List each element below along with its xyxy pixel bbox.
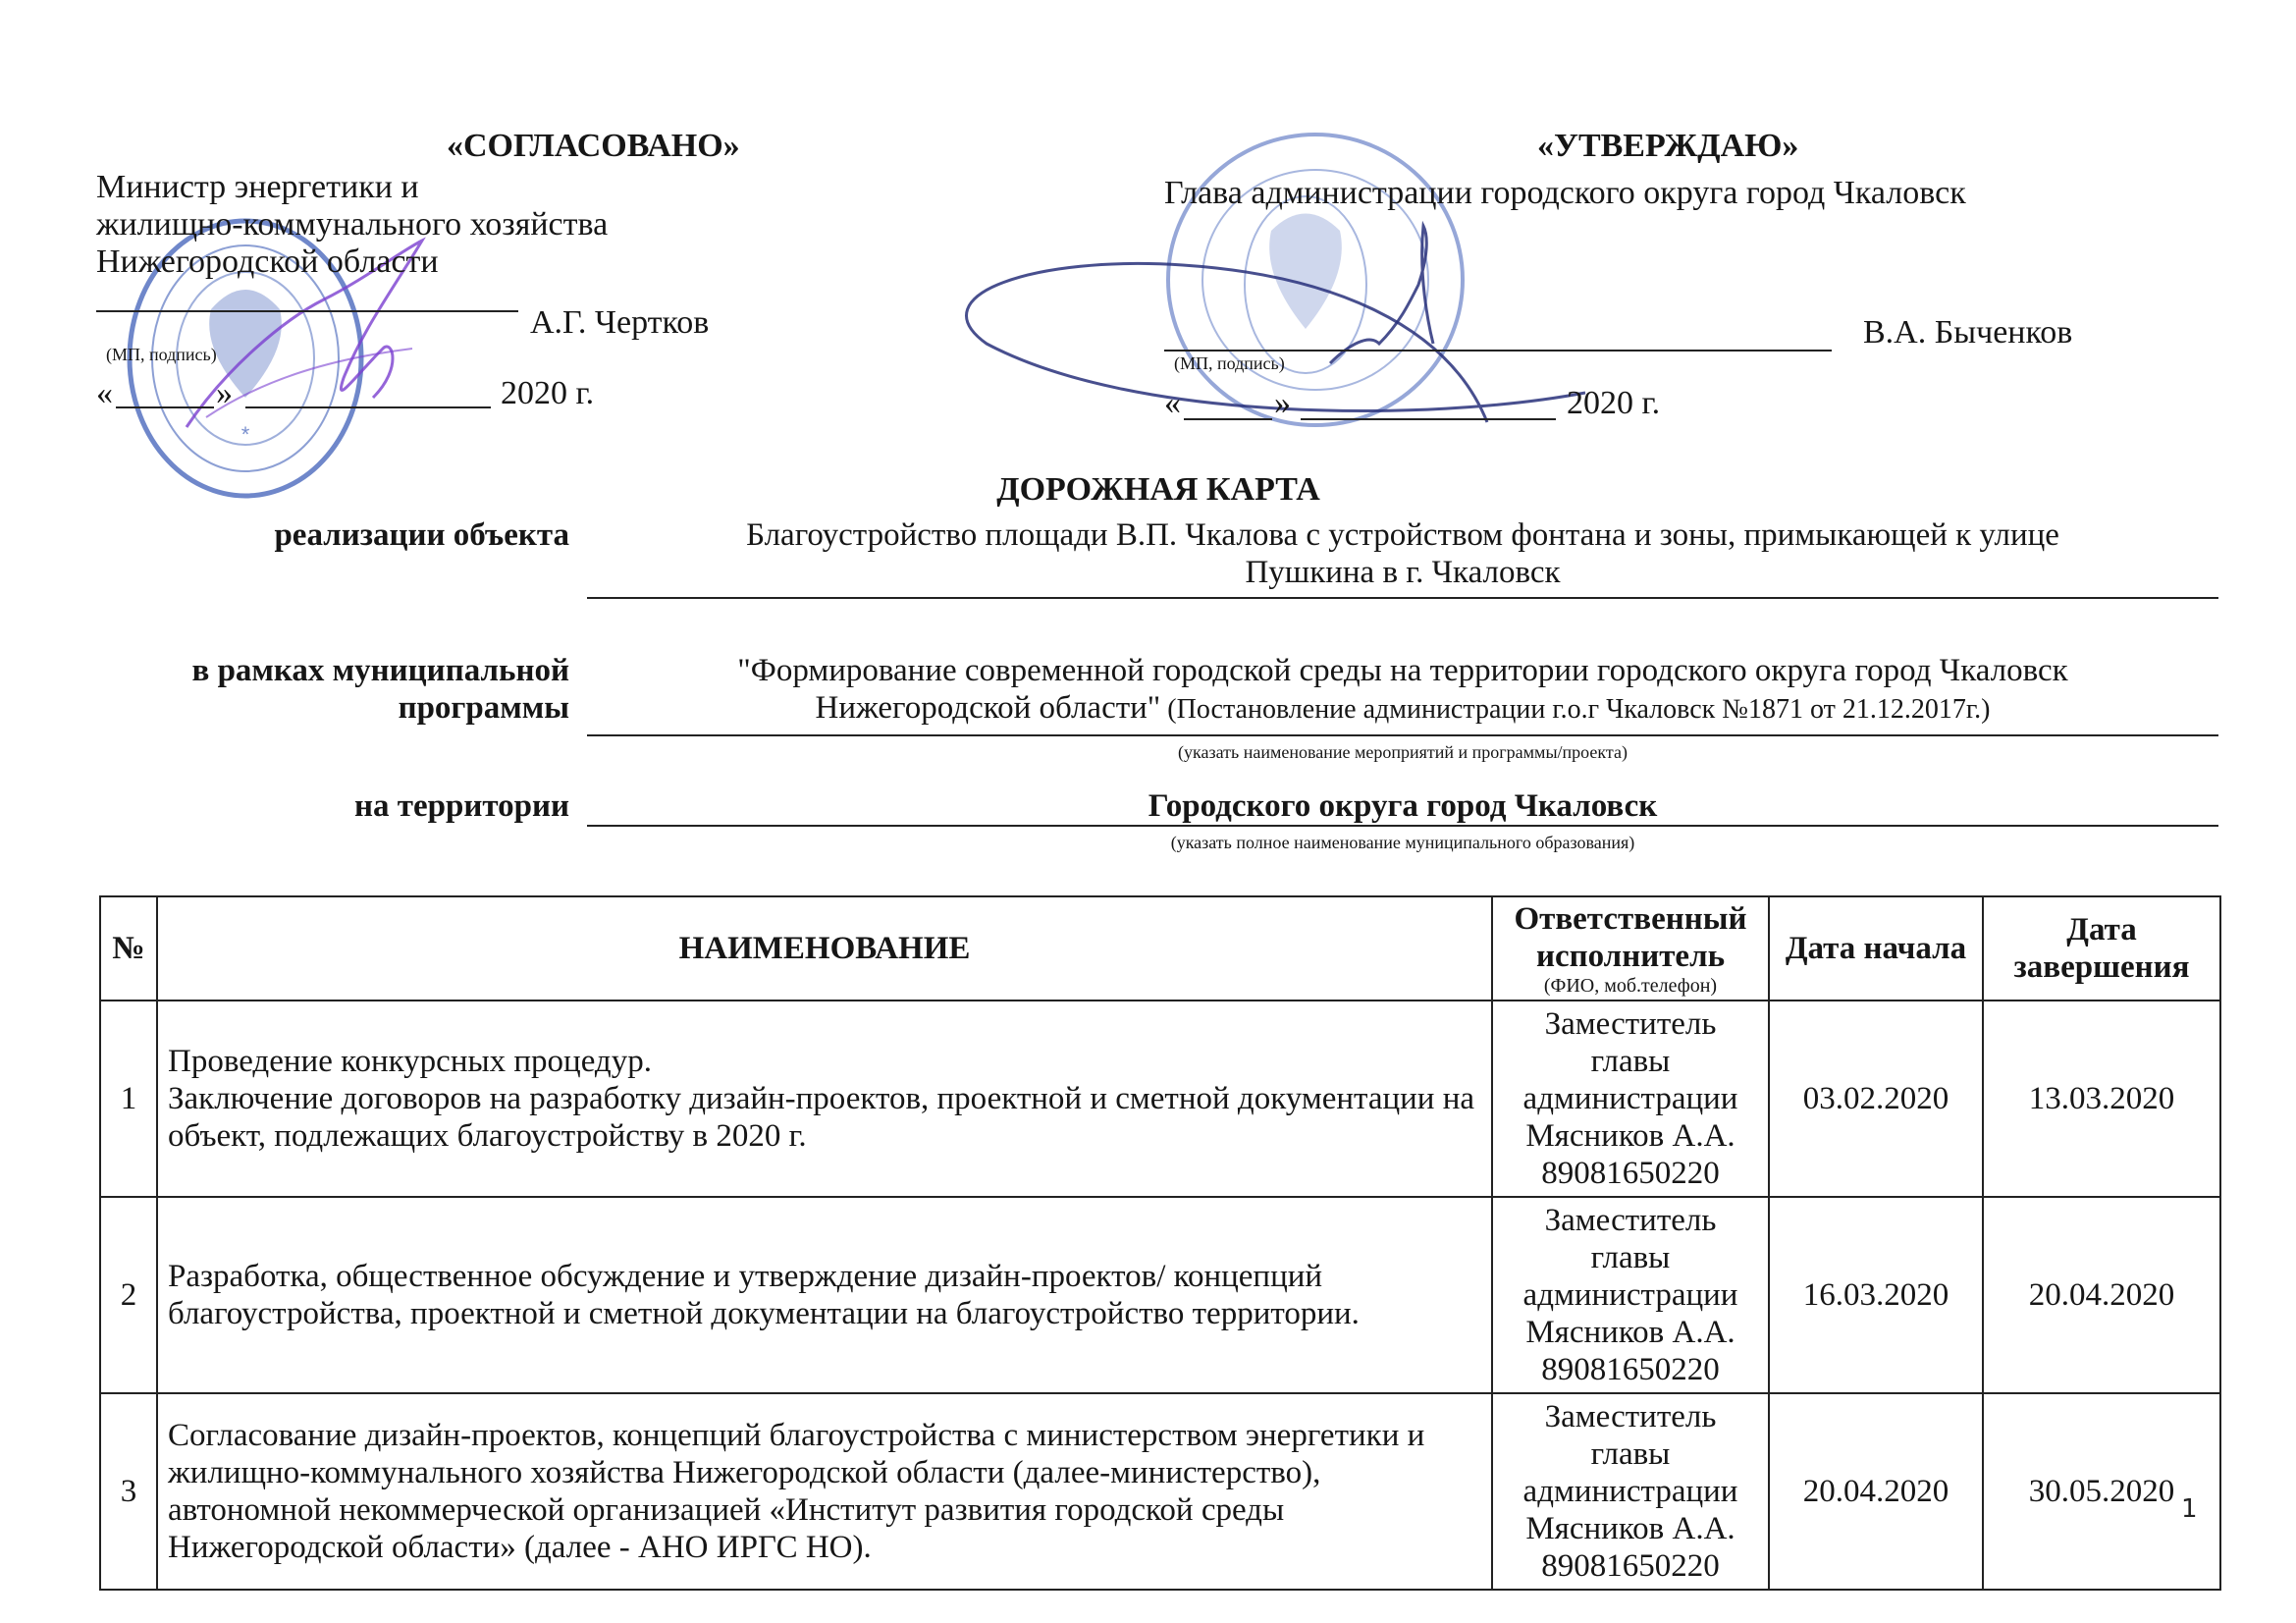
approval-left-title-line: жилищно-коммунального хозяйства (96, 206, 608, 243)
program-underline (587, 734, 2218, 736)
approval-left-title-line: Министр энергетики и (96, 169, 608, 206)
approval-left-day-line (116, 406, 214, 408)
right-seal-icon (1153, 123, 1477, 437)
row-end-date: 13.03.2020 (1983, 1001, 2220, 1197)
header-responsible-sub: (ФИО, моб.телефон) (1499, 975, 1762, 997)
row-responsible: Заместитель главы администрации Мясников… (1492, 1197, 1769, 1393)
row-name: Проведение конкурсных процедур. Заключен… (157, 1001, 1492, 1197)
table-row: 2 Разработка, общественное обсуждение и … (100, 1197, 2220, 1393)
approval-right-day-line (1184, 418, 1272, 420)
row-responsible-line: Мясников А.А. (1503, 1314, 1758, 1351)
object-value-line: Благоустройство площади В.П. Чкалова с у… (587, 516, 2218, 554)
svg-text:*: * (241, 422, 250, 447)
table-row: 1 Проведение конкурсных процедур. Заключ… (100, 1001, 2220, 1197)
row-responsible-line: администрации (1503, 1473, 1758, 1510)
territory-hint: (указать полное наименование муниципальн… (587, 833, 2218, 853)
row-responsible-line: 89081650220 (1503, 1155, 1758, 1192)
row-responsible: Заместитель главы администрации Мясников… (1492, 1001, 1769, 1197)
row-num: 1 (100, 1001, 157, 1197)
header-num: № (100, 896, 157, 1001)
row-start-date: 20.04.2020 (1769, 1393, 1983, 1590)
approval-left-title-line: Нижегородской области (96, 243, 608, 281)
approval-left-signature-line (96, 310, 518, 312)
approval-right-month-line (1301, 418, 1556, 420)
approval-left-seal-caption: (МП, подпись) (106, 345, 217, 365)
header-end-date: Дата завершения (1983, 896, 2220, 1001)
row-name-line: Разработка, общественное обсуждение и ут… (168, 1258, 1481, 1332)
approval-right-date-open: « (1164, 385, 1181, 422)
program-value: "Формирование современной городской сред… (587, 652, 2218, 729)
row-responsible-line: Мясников А.А. (1503, 1510, 1758, 1547)
table-row: 3 Согласование дизайн-проектов, концепци… (100, 1393, 2220, 1590)
row-end-date: 30.05.2020 (1983, 1393, 2220, 1590)
row-name-line: Согласование дизайн-проектов, концепций … (168, 1417, 1481, 1566)
row-start-date: 16.03.2020 (1769, 1197, 1983, 1393)
row-responsible-line: администрации (1503, 1276, 1758, 1314)
approval-left-date-open: « (96, 375, 113, 412)
approval-right-seal-caption: (МП, подпись) (1174, 353, 1285, 374)
program-hint: (указать наименование мероприятий и прог… (587, 742, 2218, 763)
approval-left-heading: «СОГЛАСОВАНО» (447, 128, 740, 165)
approval-left-month-line (245, 406, 491, 408)
approval-right-signature-line (1164, 350, 1832, 352)
object-value: Благоустройство площади В.П. Чкалова с у… (587, 516, 2218, 591)
header-responsible: Ответственный исполнитель (ФИО, моб.теле… (1492, 896, 1769, 1001)
program-label-line: программы (98, 689, 569, 727)
object-value-line: Пушкина в г. Чкаловск (587, 554, 2218, 591)
program-value-line: "Формирование современной городской сред… (587, 652, 2218, 689)
territory-underline (587, 825, 2218, 827)
program-value-line: Нижегородской области" (Постановление ад… (587, 689, 2218, 729)
row-responsible-line: Заместитель главы (1503, 1005, 1758, 1080)
approval-right-date-close: » (1274, 385, 1291, 422)
row-start-date: 03.02.2020 (1769, 1001, 1983, 1197)
program-value-note: (Постановление администрации г.о.г Чкало… (1160, 694, 1990, 725)
table-header-row: № НАИМЕНОВАНИЕ Ответственный исполнитель… (100, 896, 2220, 1001)
page-number: 1 (2181, 1494, 2198, 1524)
territory-label: на территории (98, 787, 569, 825)
row-num: 3 (100, 1393, 157, 1590)
row-responsible-line: 89081650220 (1503, 1351, 1758, 1388)
row-responsible: Заместитель главы администрации Мясников… (1492, 1393, 1769, 1590)
header-start-date: Дата начала (1769, 896, 1983, 1001)
approval-right-heading: «УТВЕРЖДАЮ» (1537, 128, 1798, 165)
row-name: Согласование дизайн-проектов, концепций … (157, 1393, 1492, 1590)
row-name-line: Заключение договоров на разработку дизай… (168, 1080, 1481, 1155)
row-responsible-line: Заместитель главы (1503, 1202, 1758, 1276)
approval-left-signatory: А.Г. Чертков (530, 304, 709, 342)
approval-left-date-close: » (216, 375, 233, 412)
roadmap-table: № НАИМЕНОВАНИЕ Ответственный исполнитель… (99, 895, 2221, 1591)
approval-right-signatory: В.А. Быченков (1863, 314, 2072, 352)
approval-right-title: Глава администрации городского округа го… (1164, 175, 1966, 212)
row-name: Разработка, общественное обсуждение и ут… (157, 1197, 1492, 1393)
document-title: ДОРОЖНАЯ КАРТА (883, 471, 1433, 509)
program-value-main: Нижегородской области" (816, 690, 1161, 726)
object-underline (587, 597, 2218, 599)
row-responsible-line: администрации (1503, 1080, 1758, 1117)
row-responsible-line: Заместитель главы (1503, 1398, 1758, 1473)
row-end-date: 20.04.2020 (1983, 1197, 2220, 1393)
header-responsible-label: Ответственный исполнитель (1514, 901, 1746, 974)
program-label-line: в рамках муниципальной (98, 652, 569, 689)
territory-value: Городского округа город Чкаловск (587, 787, 2218, 825)
row-responsible-line: Мясников А.А. (1503, 1117, 1758, 1155)
object-label: реализации объекта (98, 516, 569, 554)
row-responsible-line: 89081650220 (1503, 1547, 1758, 1585)
row-num: 2 (100, 1197, 157, 1393)
program-label: в рамках муниципальной программы (98, 652, 569, 727)
row-name-line: Проведение конкурсных процедур. (168, 1043, 1481, 1080)
approval-right-year: 2020 г. (1567, 385, 1660, 422)
approval-left-title: Министр энергетики и жилищно-коммунально… (96, 169, 608, 281)
approval-left-year: 2020 г. (501, 375, 594, 412)
header-name: НАИМЕНОВАНИЕ (157, 896, 1492, 1001)
